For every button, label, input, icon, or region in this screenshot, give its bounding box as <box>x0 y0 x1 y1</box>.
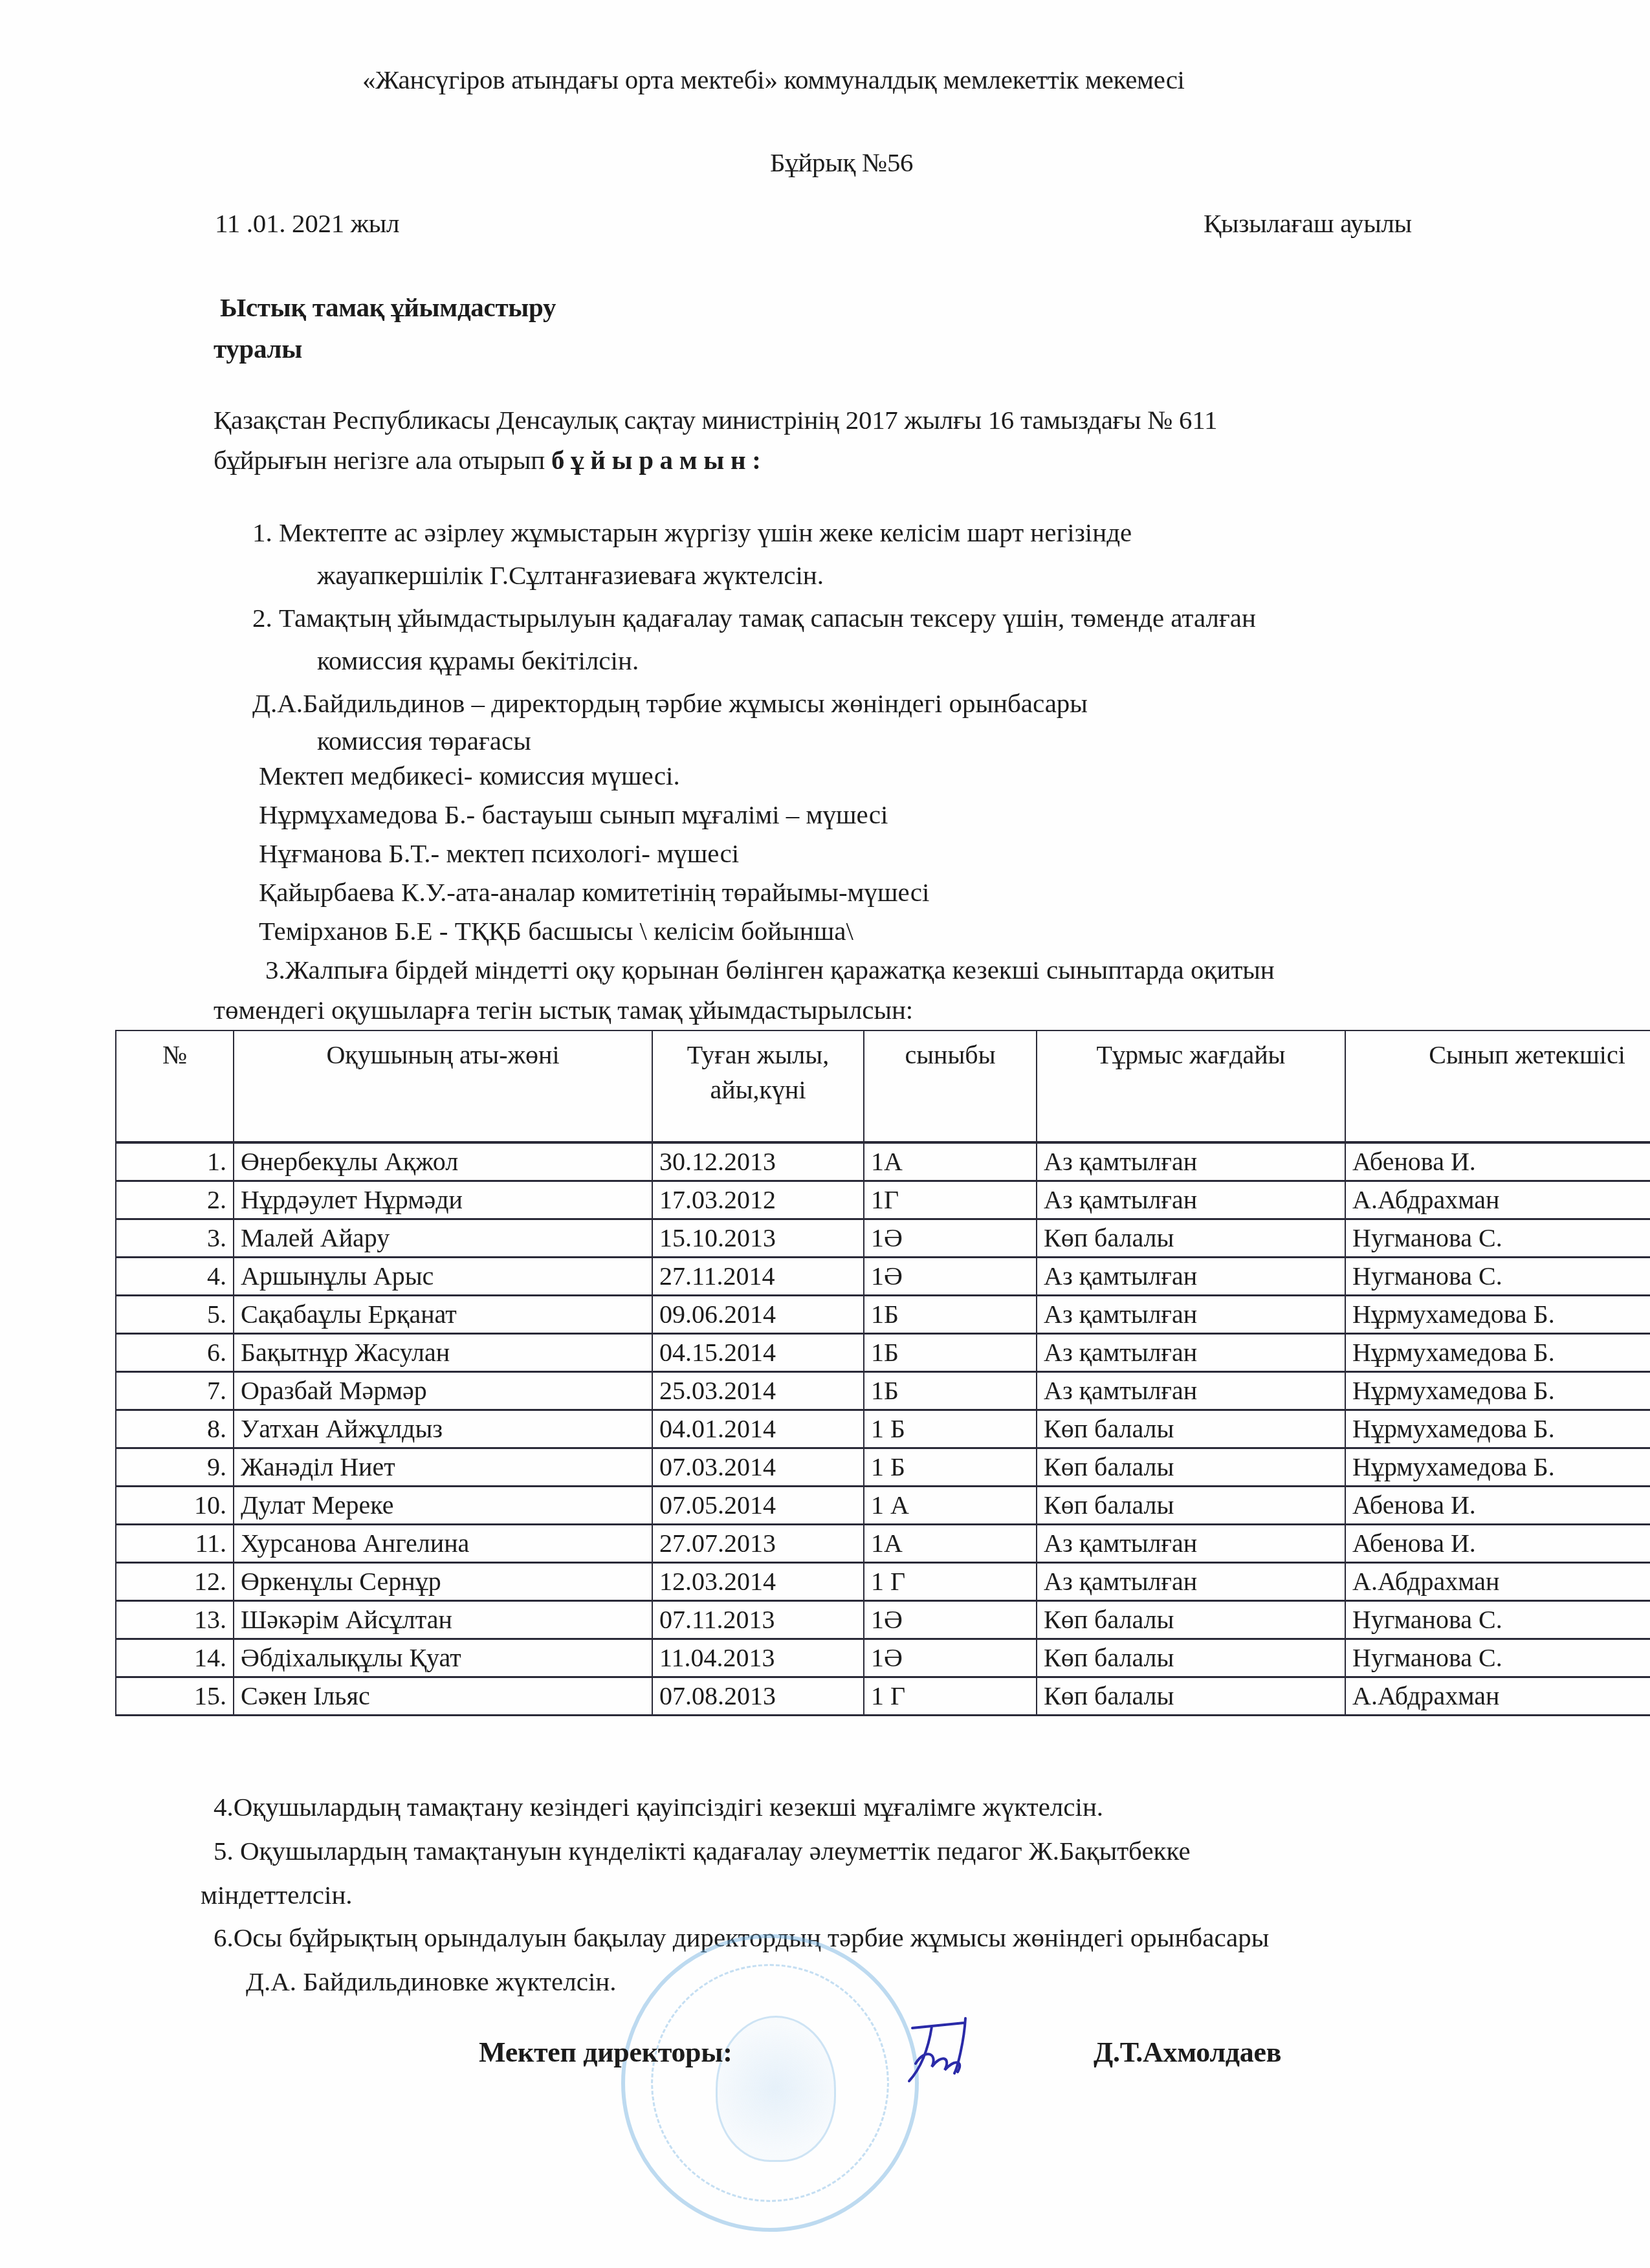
table-row: 7.Оразбай Мәрмәр25.03.20141БАз қамтылған… <box>116 1372 1650 1410</box>
order-subject-line2: туралы <box>214 334 302 364</box>
commission-member: Мектеп медбикесі- комиссия мүшесі. <box>259 761 680 791</box>
student-name-cell: Уатхан Айжұлдыз <box>234 1410 652 1448</box>
living-condition-cell: Көп балалы <box>1037 1219 1345 1258</box>
living-condition-cell: Көп балалы <box>1037 1677 1345 1716</box>
director-label: Мектеп директоры: <box>479 2036 732 2069</box>
living-condition-cell: Аз қамтылған <box>1037 1142 1345 1181</box>
basis-prefix: бұйрығын негізге ала отырып <box>214 445 551 475</box>
class-cell: 1Б <box>864 1334 1037 1372</box>
order-number: Бұйрық №56 <box>770 147 913 178</box>
living-condition-cell: Аз қамтылған <box>1037 1525 1345 1563</box>
birth-date-cell: 07.03.2014 <box>652 1448 864 1487</box>
row-number-cell: 2. <box>116 1181 234 1219</box>
row-number-cell: 14. <box>116 1639 234 1677</box>
command-word: б ұ й ы р а м ы н : <box>551 445 761 475</box>
student-name-cell: Малей Айару <box>234 1219 652 1258</box>
class-cell: 1 Г <box>864 1677 1037 1716</box>
class-cell: 1Б <box>864 1372 1037 1410</box>
living-condition-cell: Аз қамтылған <box>1037 1563 1345 1601</box>
class-cell: 1А <box>864 1525 1037 1563</box>
table-body: 1.Өнербекұлы Ақжол30.12.20131ААз қамтылғ… <box>116 1142 1650 1716</box>
item-3-line2: төмендегі оқушыларға тегін ыстық тамақ ұ… <box>214 995 913 1025</box>
director-name: Д.Т.Ахмолдаев <box>1094 2036 1281 2069</box>
class-cell: 1Ә <box>864 1639 1037 1677</box>
commission-chair-role: комиссия төрағасы <box>317 726 531 756</box>
basis-line1: Қазақстан Республикасы Денсаулық сақтау … <box>214 405 1217 435</box>
class-cell: 1А <box>864 1142 1037 1181</box>
birth-date-cell: 17.03.2012 <box>652 1181 864 1219</box>
table-header-row: № Оқушының аты-жөні Туған жылы, айы,күні… <box>116 1030 1650 1142</box>
item-3-line1: 3.Жалпыға бірдей міндетті оқу қорынан бө… <box>265 955 1275 985</box>
order-date: 11 .01. 2021 жыл <box>215 208 399 239</box>
class-teacher-cell: Нұрмухамедова Б. <box>1345 1334 1650 1372</box>
birth-date-cell: 07.08.2013 <box>652 1677 864 1716</box>
living-condition-cell: Көп балалы <box>1037 1448 1345 1487</box>
row-number-cell: 10. <box>116 1487 234 1525</box>
order-place: Қызылағаш ауылы <box>1204 208 1412 239</box>
signature-icon <box>893 2009 977 2086</box>
item-1-line2: жауапкершілік Г.Сұлтанғазиеваға жүктелсі… <box>317 560 824 591</box>
row-number-cell: 15. <box>116 1677 234 1716</box>
item-2-line1: 2. Тамақтың ұйымдастырылуын қадағалау та… <box>252 603 1256 633</box>
living-condition-cell: Көп балалы <box>1037 1601 1345 1639</box>
class-teacher-cell: Абенова И. <box>1345 1487 1650 1525</box>
student-name-cell: Оразбай Мәрмәр <box>234 1372 652 1410</box>
class-cell: 1 А <box>864 1487 1037 1525</box>
item-2-line2: комиссия құрамы бекітілсін. <box>317 646 639 676</box>
table-row: 15.Сәкен Ільяс07.08.20131 ГКөп балалыА.А… <box>116 1677 1650 1716</box>
class-teacher-cell: Нұрмухамедова Б. <box>1345 1410 1650 1448</box>
class-teacher-cell: А.Абдрахман <box>1345 1677 1650 1716</box>
commission-member: Қайырбаева К.У.-ата-аналар комитетінің т… <box>259 877 929 908</box>
birth-date-cell: 15.10.2013 <box>652 1219 864 1258</box>
student-name-cell: Аршынұлы Арыс <box>234 1258 652 1296</box>
birth-date-cell: 11.04.2013 <box>652 1639 864 1677</box>
table-row: 3.Малей Айару15.10.20131ӘКөп балалыНугма… <box>116 1219 1650 1258</box>
table-row: 1.Өнербекұлы Ақжол30.12.20131ААз қамтылғ… <box>116 1142 1650 1181</box>
class-cell: 1Г <box>864 1181 1037 1219</box>
student-name-cell: Бақытнұр Жасулан <box>234 1334 652 1372</box>
student-name-cell: Сақабаұлы Ерқанат <box>234 1296 652 1334</box>
birth-date-cell: 07.05.2014 <box>652 1487 864 1525</box>
class-teacher-cell: Нұрмухамедова Б. <box>1345 1448 1650 1487</box>
row-number-cell: 7. <box>116 1372 234 1410</box>
official-stamp-icon <box>621 1934 919 2232</box>
student-name-cell: Нұрдәулет Нұрмәди <box>234 1181 652 1219</box>
living-condition-cell: Аз қамтылған <box>1037 1181 1345 1219</box>
row-number-cell: 12. <box>116 1563 234 1601</box>
student-name-cell: Әбдіхалықұлы Қуат <box>234 1639 652 1677</box>
header-living-condition: Тұрмыс жағдайы <box>1037 1030 1345 1142</box>
table-row: 2.Нұрдәулет Нұрмәди17.03.20121ГАз қамтыл… <box>116 1181 1650 1219</box>
birth-date-cell: 12.03.2014 <box>652 1563 864 1601</box>
birth-date-cell: 25.03.2014 <box>652 1372 864 1410</box>
header-class-teacher: Сынып жетекшісі <box>1345 1030 1650 1142</box>
item-6-line2: Д.А. Байдильдиновке жүктелсін. <box>246 1967 616 1997</box>
class-teacher-cell: А.Абдрахман <box>1345 1563 1650 1601</box>
header-birth-date: Туған жылы, айы,күні <box>652 1030 864 1142</box>
living-condition-cell: Көп балалы <box>1037 1410 1345 1448</box>
student-name-cell: Өркенұлы Сернұр <box>234 1563 652 1601</box>
table-row: 14.Әбдіхалықұлы Қуат 11.04.20131ӘКөп бал… <box>116 1639 1650 1677</box>
class-cell: 1Б <box>864 1296 1037 1334</box>
table-row: 5.Сақабаұлы Ерқанат09.06.20141БАз қамтыл… <box>116 1296 1650 1334</box>
student-name-cell: Шәкәрім Айсұлтан <box>234 1601 652 1639</box>
row-number-cell: 9. <box>116 1448 234 1487</box>
organization-name: «Жансүгіров атындағы орта мектебі» комму… <box>362 65 1185 95</box>
birth-date-cell: 30.12.2013 <box>652 1142 864 1181</box>
living-condition-cell: Көп балалы <box>1037 1487 1345 1525</box>
header-number: № <box>116 1030 234 1142</box>
birth-date-cell: 04.01.2014 <box>652 1410 864 1448</box>
basis-line2: бұйрығын негізге ала отырып б ұ й ы р а … <box>214 445 761 475</box>
birth-date-cell: 27.07.2013 <box>652 1525 864 1563</box>
living-condition-cell: Көп балалы <box>1037 1639 1345 1677</box>
row-number-cell: 4. <box>116 1258 234 1296</box>
class-teacher-cell: Абенова И. <box>1345 1525 1650 1563</box>
table-row: 9.Жанәділ Ниет07.03.20141 БКөп балалыНұр… <box>116 1448 1650 1487</box>
class-cell: 1 Б <box>864 1448 1037 1487</box>
class-teacher-cell: Нугманова С. <box>1345 1258 1650 1296</box>
row-number-cell: 11. <box>116 1525 234 1563</box>
student-name-cell: Сәкен Ільяс <box>234 1677 652 1716</box>
row-number-cell: 3. <box>116 1219 234 1258</box>
header-class: сыныбы <box>864 1030 1037 1142</box>
item-5-line1: 5. Оқушылардың тамақтануын күнделікті қа… <box>214 1836 1191 1866</box>
class-cell: 1Ә <box>864 1258 1037 1296</box>
table-row: 4.Аршынұлы Арыс27.11.20141ӘАз қамтылғанН… <box>116 1258 1650 1296</box>
class-teacher-cell: Нұрмухамедова Б. <box>1345 1296 1650 1334</box>
class-cell: 1 Г <box>864 1563 1037 1601</box>
class-teacher-cell: Нугманова С. <box>1345 1219 1650 1258</box>
living-condition-cell: Аз қамтылған <box>1037 1258 1345 1296</box>
birth-date-cell: 27.11.2014 <box>652 1258 864 1296</box>
row-number-cell: 8. <box>116 1410 234 1448</box>
students-table: № Оқушының аты-жөні Туған жылы, айы,күні… <box>115 1030 1650 1716</box>
class-teacher-cell: Нугманова С. <box>1345 1639 1650 1677</box>
class-teacher-cell: Абенова И. <box>1345 1142 1650 1181</box>
class-teacher-cell: Нұрмухамедова Б. <box>1345 1372 1650 1410</box>
commission-member: Темірханов Б.Е - ТҚҚБ басшысы \ келісім … <box>259 916 853 946</box>
row-number-cell: 5. <box>116 1296 234 1334</box>
student-name-cell: Дулат Мереке <box>234 1487 652 1525</box>
row-number-cell: 1. <box>116 1142 234 1181</box>
student-name-cell: Өнербекұлы Ақжол <box>234 1142 652 1181</box>
living-condition-cell: Аз қамтылған <box>1037 1334 1345 1372</box>
birth-date-cell: 07.11.2013 <box>652 1601 864 1639</box>
table-row: 13.Шәкәрім Айсұлтан 07.11.20131ӘКөп бала… <box>116 1601 1650 1639</box>
birth-date-cell: 09.06.2014 <box>652 1296 864 1334</box>
table-row: 12.Өркенұлы Сернұр12.03.20141 ГАз қамтыл… <box>116 1563 1650 1601</box>
row-number-cell: 13. <box>116 1601 234 1639</box>
class-cell: 1Ә <box>864 1601 1037 1639</box>
table-row: 8.Уатхан Айжұлдыз04.01.20141 БКөп балалы… <box>116 1410 1650 1448</box>
item-5-line2: міндеттелсін. <box>201 1880 353 1910</box>
living-condition-cell: Аз қамтылған <box>1037 1372 1345 1410</box>
item-4: 4.Оқушылардың тамақтану кезіндегі қауіпс… <box>214 1792 1103 1822</box>
header-student-name: Оқушының аты-жөні <box>234 1030 652 1142</box>
document-page: «Жансүгіров атындағы орта мектебі» комму… <box>0 0 1650 2268</box>
class-teacher-cell: Нугманова С. <box>1345 1601 1650 1639</box>
table-row: 11.Хурсанова Ангелина27.07.20131ААз қамт… <box>116 1525 1650 1563</box>
item-1-line1: 1. Мектепте ас әзірлеу жұмыстарын жүргіз… <box>252 518 1132 548</box>
class-teacher-cell: А.Абдрахман <box>1345 1181 1650 1219</box>
birth-date-cell: 04.15.2014 <box>652 1334 864 1372</box>
row-number-cell: 6. <box>116 1334 234 1372</box>
student-name-cell: Жанәділ Ниет <box>234 1448 652 1487</box>
class-cell: 1Ә <box>864 1219 1037 1258</box>
commission-member: Нұрмұхамедова Б.- бастауыш сынып мұғалім… <box>259 800 888 830</box>
table-row: 10.Дулат Мереке07.05.20141 АКөп балалыАб… <box>116 1487 1650 1525</box>
student-name-cell: Хурсанова Ангелина <box>234 1525 652 1563</box>
table-row: 6.Бақытнұр Жасулан04.15.20141БАз қамтылғ… <box>116 1334 1650 1372</box>
commission-member: Нұғманова Б.Т.- мектеп психологі- мүшесі <box>259 838 739 869</box>
living-condition-cell: Аз қамтылған <box>1037 1296 1345 1334</box>
class-cell: 1 Б <box>864 1410 1037 1448</box>
order-subject-line1: Ыстық тамақ ұйымдастыру <box>220 292 556 323</box>
commission-chair: Д.А.Байдильдинов – директордың тәрбие жұ… <box>252 688 1088 719</box>
